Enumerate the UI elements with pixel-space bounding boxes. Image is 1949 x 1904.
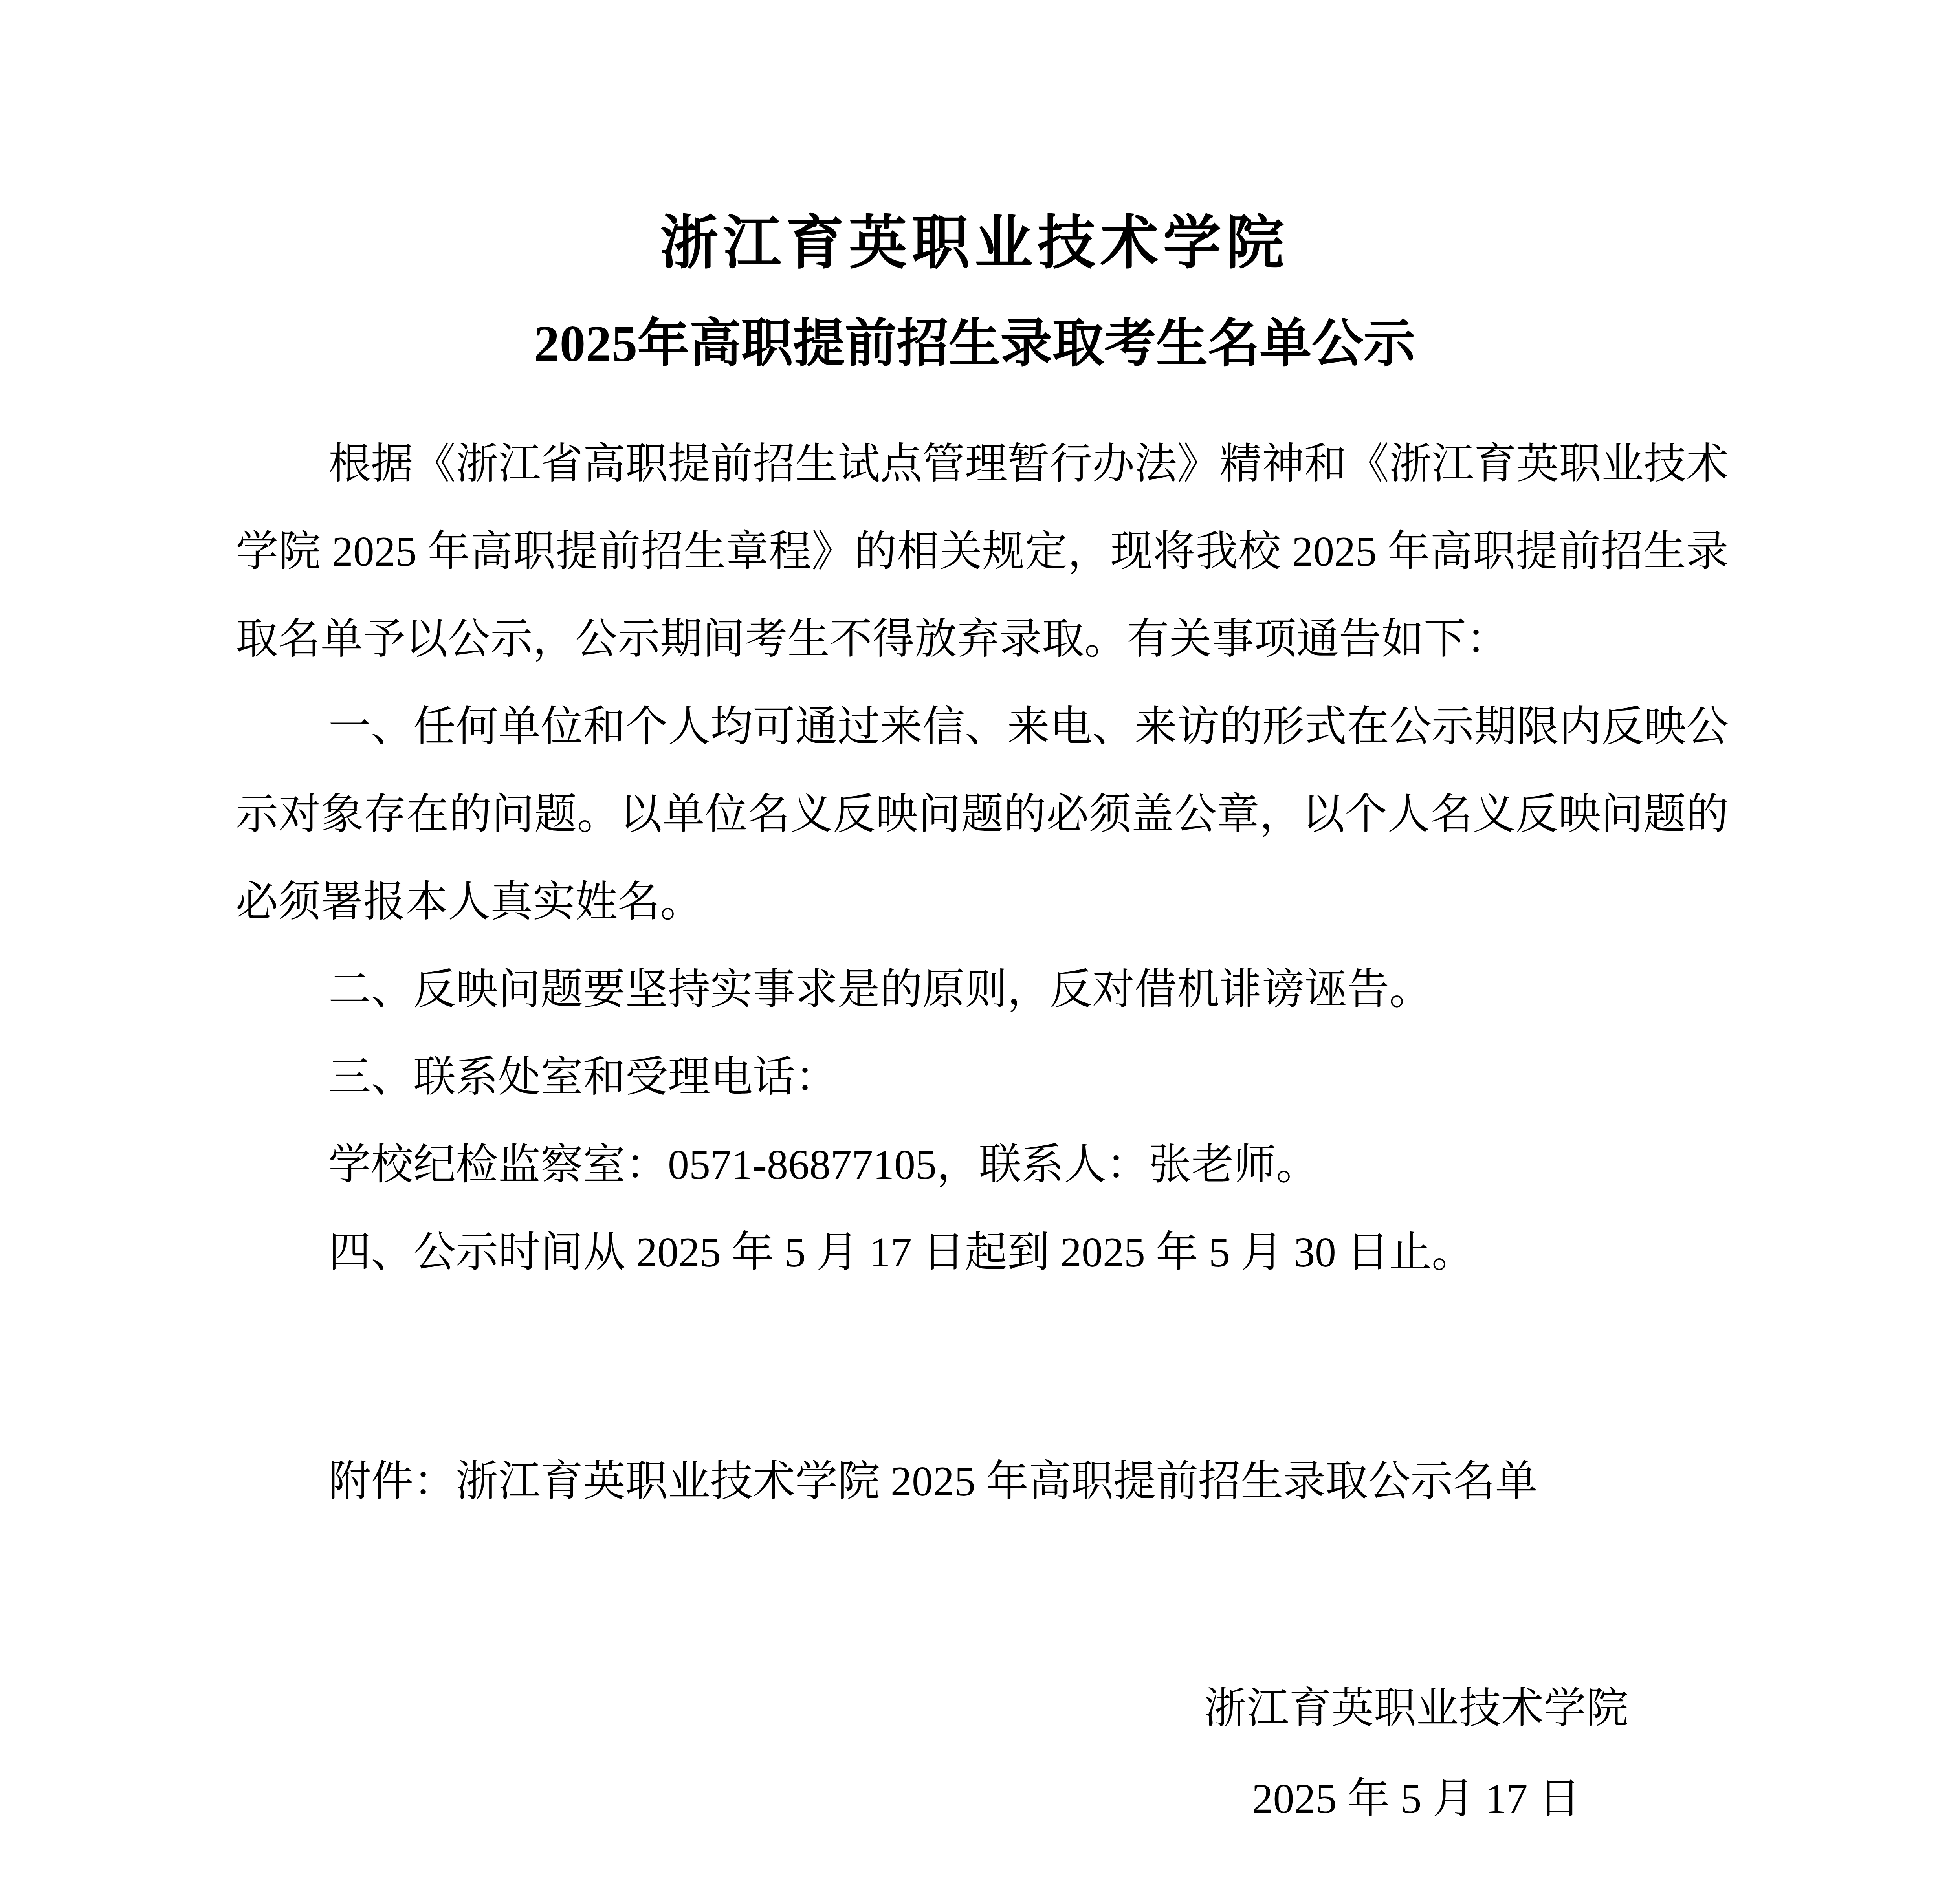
document-title-institution: 浙江育英职业技术学院 <box>0 204 1949 283</box>
item-four-paragraph: 四、公示时间从 2025 年 5 月 17 日起到 2025 年 5 月 30 … <box>236 1209 1729 1296</box>
item-one-paragraph: 一、任何单位和个人均可通过来信、来电、来访的形式在公示期限内反映公示对象存在的问… <box>236 683 1729 946</box>
signature-date: 2025 年 5 月 17 日 <box>1175 1760 1658 1838</box>
document-title-notice: 2025年高职提前招生录取考生名单公示 <box>0 304 1949 383</box>
attachment-note: 附件：浙江育英职业技术学院 2025 年高职提前招生录取公示名单 <box>328 1438 1538 1525</box>
contact-paragraph: 学校纪检监察室：0571-86877105，联系人：张老师。 <box>236 1121 1729 1209</box>
signature-organization: 浙江育英职业技术学院 <box>1175 1669 1658 1748</box>
document-body: 根据《浙江省高职提前招生试点管理暂行办法》精神和《浙江育英职业技术学院 2025… <box>236 420 1729 1296</box>
signature-block: 浙江育英职业技术学院 2025 年 5 月 17 日 <box>1175 1669 1658 1838</box>
intro-paragraph: 根据《浙江省高职提前招生试点管理暂行办法》精神和《浙江育英职业技术学院 2025… <box>236 420 1729 683</box>
item-two-paragraph: 二、反映问题要坚持实事求是的原则，反对借机诽谤诬告。 <box>236 946 1729 1034</box>
item-three-paragraph: 三、联系处室和受理电话： <box>236 1034 1729 1121</box>
